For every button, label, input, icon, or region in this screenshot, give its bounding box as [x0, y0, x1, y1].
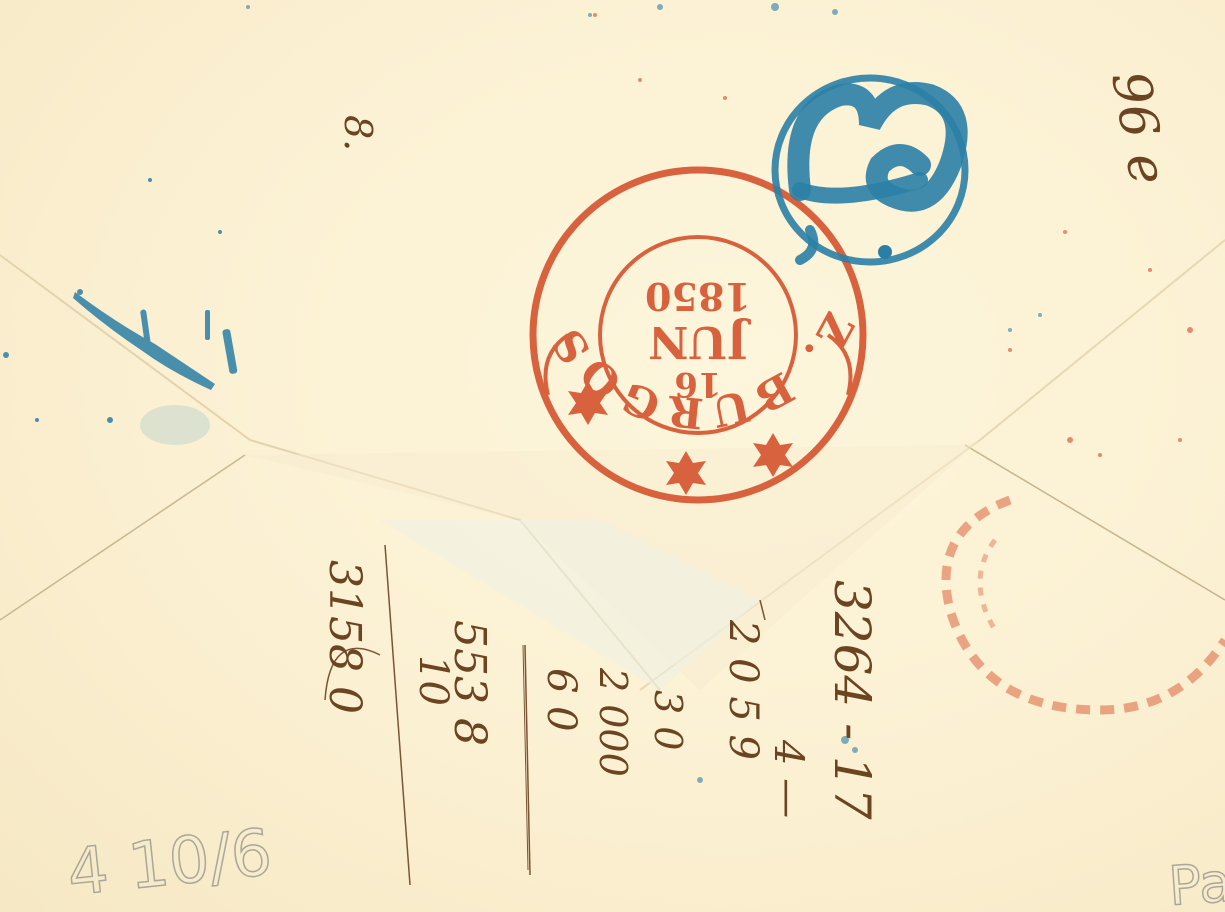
- pencil-bottom-right: Pau: [1167, 848, 1225, 912]
- envelope-back: Z. BURGOS 16 JUN 1850 8. 96 e 3158: [0, 0, 1225, 912]
- pencil-notations: 4 10/6 Pau: [0, 0, 1225, 912]
- pencil-bottom-left: 4 10/6: [64, 816, 275, 911]
